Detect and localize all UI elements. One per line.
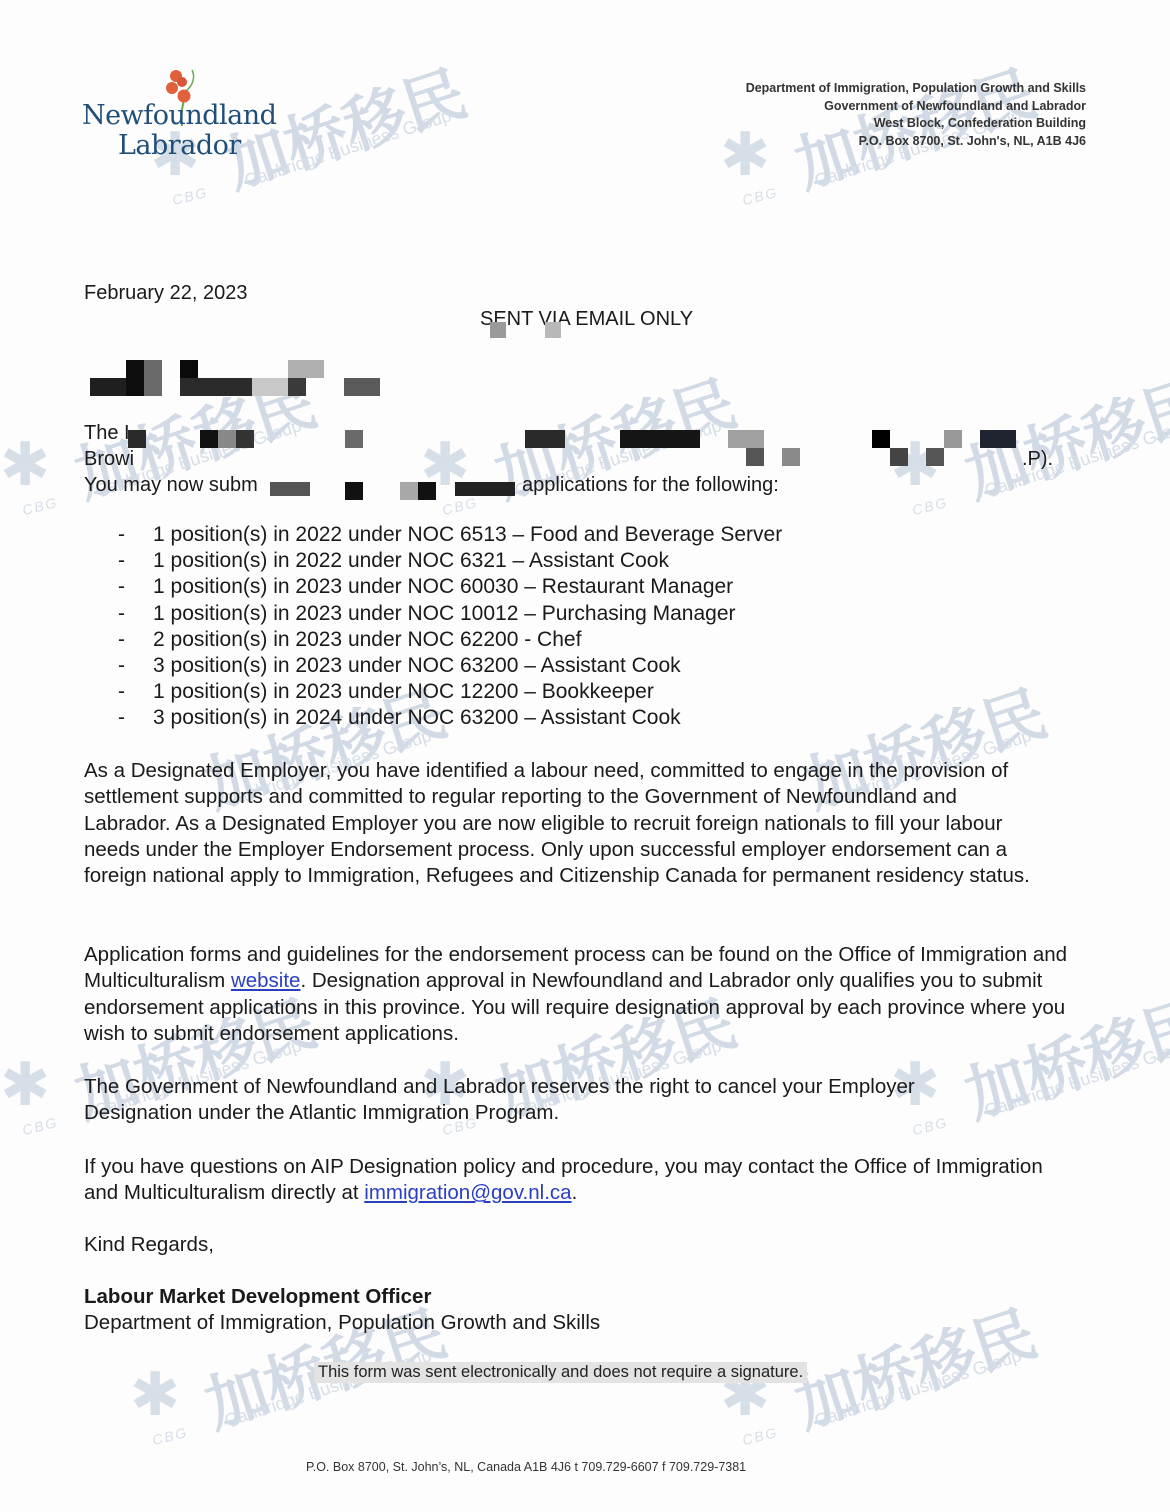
closing-salutation: Kind Regards, — [84, 1233, 214, 1257]
position-item: -1 position(s) in 2023 under NOC 12200 –… — [118, 679, 782, 705]
position-text: 1 position(s) in 2023 under NOC 12200 – … — [153, 679, 654, 705]
position-text: 3 position(s) in 2023 under NOC 63200 – … — [153, 653, 681, 679]
maple-leaf-icon: ✱ — [0, 1050, 50, 1120]
position-text: 1 position(s) in 2023 under NOC 10012 – … — [153, 601, 736, 627]
intro-line-1: The I — [84, 422, 130, 445]
logo-text-newfoundland: Newfoundland — [82, 100, 276, 131]
maple-leaf-icon: ✱ — [0, 430, 50, 500]
position-item: -3 position(s) in 2024 under NOC 63200 –… — [118, 705, 782, 731]
logo-text-labrador: Labrador — [118, 130, 241, 161]
letter-date: February 22, 2023 — [84, 282, 247, 305]
intro-line-2-end: .P). — [1022, 448, 1053, 471]
building-name: West Block, Confederation Building — [746, 115, 1086, 133]
position-text: 3 position(s) in 2024 under NOC 63200 – … — [153, 705, 681, 731]
paragraph-designation: As a Designated Employer, you have ident… — [84, 758, 1044, 889]
position-item: -1 position(s) in 2022 under NOC 6513 – … — [118, 522, 782, 548]
nl-government-logo: Newfoundland Labrador — [82, 66, 282, 166]
website-link[interactable]: website — [231, 969, 301, 992]
redaction-block — [490, 322, 506, 338]
intro-line-2: Browi — [84, 448, 134, 471]
position-item: -3 position(s) in 2023 under NOC 63200 –… — [118, 653, 782, 679]
signature-title: Labour Market Development Officer — [84, 1285, 431, 1309]
list-bullet: - — [118, 679, 153, 705]
list-bullet: - — [118, 522, 153, 548]
electronic-signature-notice: This form was sent electronically and do… — [314, 1362, 807, 1383]
approved-positions-list: -1 position(s) in 2022 under NOC 6513 – … — [118, 522, 782, 732]
position-text: 1 position(s) in 2022 under NOC 6321 – A… — [153, 548, 669, 574]
position-text: 1 position(s) in 2023 under NOC 60030 – … — [153, 574, 733, 600]
footer-contact: P.O. Box 8700, St. John’s, NL, Canada A1… — [306, 1460, 746, 1474]
paragraph-cancel-right: The Government of Newfoundland and Labra… — [84, 1074, 1024, 1127]
email-link[interactable]: immigration@gov.nl.ca — [364, 1181, 571, 1204]
paragraph-application-forms: Application forms and guidelines for the… — [84, 942, 1084, 1047]
department-name: Department of Immigration, Population Gr… — [746, 80, 1086, 98]
delivery-note: SENT VIA EMAIL ONLY — [480, 308, 693, 331]
position-item: -2 position(s) in 2023 under NOC 62200 -… — [118, 627, 782, 653]
postal-address: P.O. Box 8700, St. John's, NL, A1B 4J6 — [746, 133, 1086, 151]
intro-line-3-end: applications for the following: — [522, 474, 779, 497]
department-address-block: Department of Immigration, Population Gr… — [746, 80, 1086, 150]
position-item: -1 position(s) in 2023 under NOC 10012 –… — [118, 601, 782, 627]
list-bullet: - — [118, 601, 153, 627]
maple-leaf-icon: ✱ — [130, 1360, 180, 1430]
signature-department: Department of Immigration, Population Gr… — [84, 1311, 600, 1335]
intro-line-3: You may now subm — [84, 474, 258, 497]
paragraph-contact: If you have questions on AIP Designation… — [84, 1154, 1044, 1207]
redaction-block — [545, 322, 561, 338]
position-item: -1 position(s) in 2022 under NOC 6321 – … — [118, 548, 782, 574]
list-bullet: - — [118, 574, 153, 600]
list-bullet: - — [118, 627, 153, 653]
list-bullet: - — [118, 548, 153, 574]
list-bullet: - — [118, 705, 153, 731]
position-text: 2 position(s) in 2023 under NOC 62200 - … — [153, 627, 581, 653]
list-bullet: - — [118, 653, 153, 679]
position-item: -1 position(s) in 2023 under NOC 60030 –… — [118, 574, 782, 600]
position-text: 1 position(s) in 2022 under NOC 6513 – F… — [153, 522, 782, 548]
government-name: Government of Newfoundland and Labrador — [746, 98, 1086, 116]
